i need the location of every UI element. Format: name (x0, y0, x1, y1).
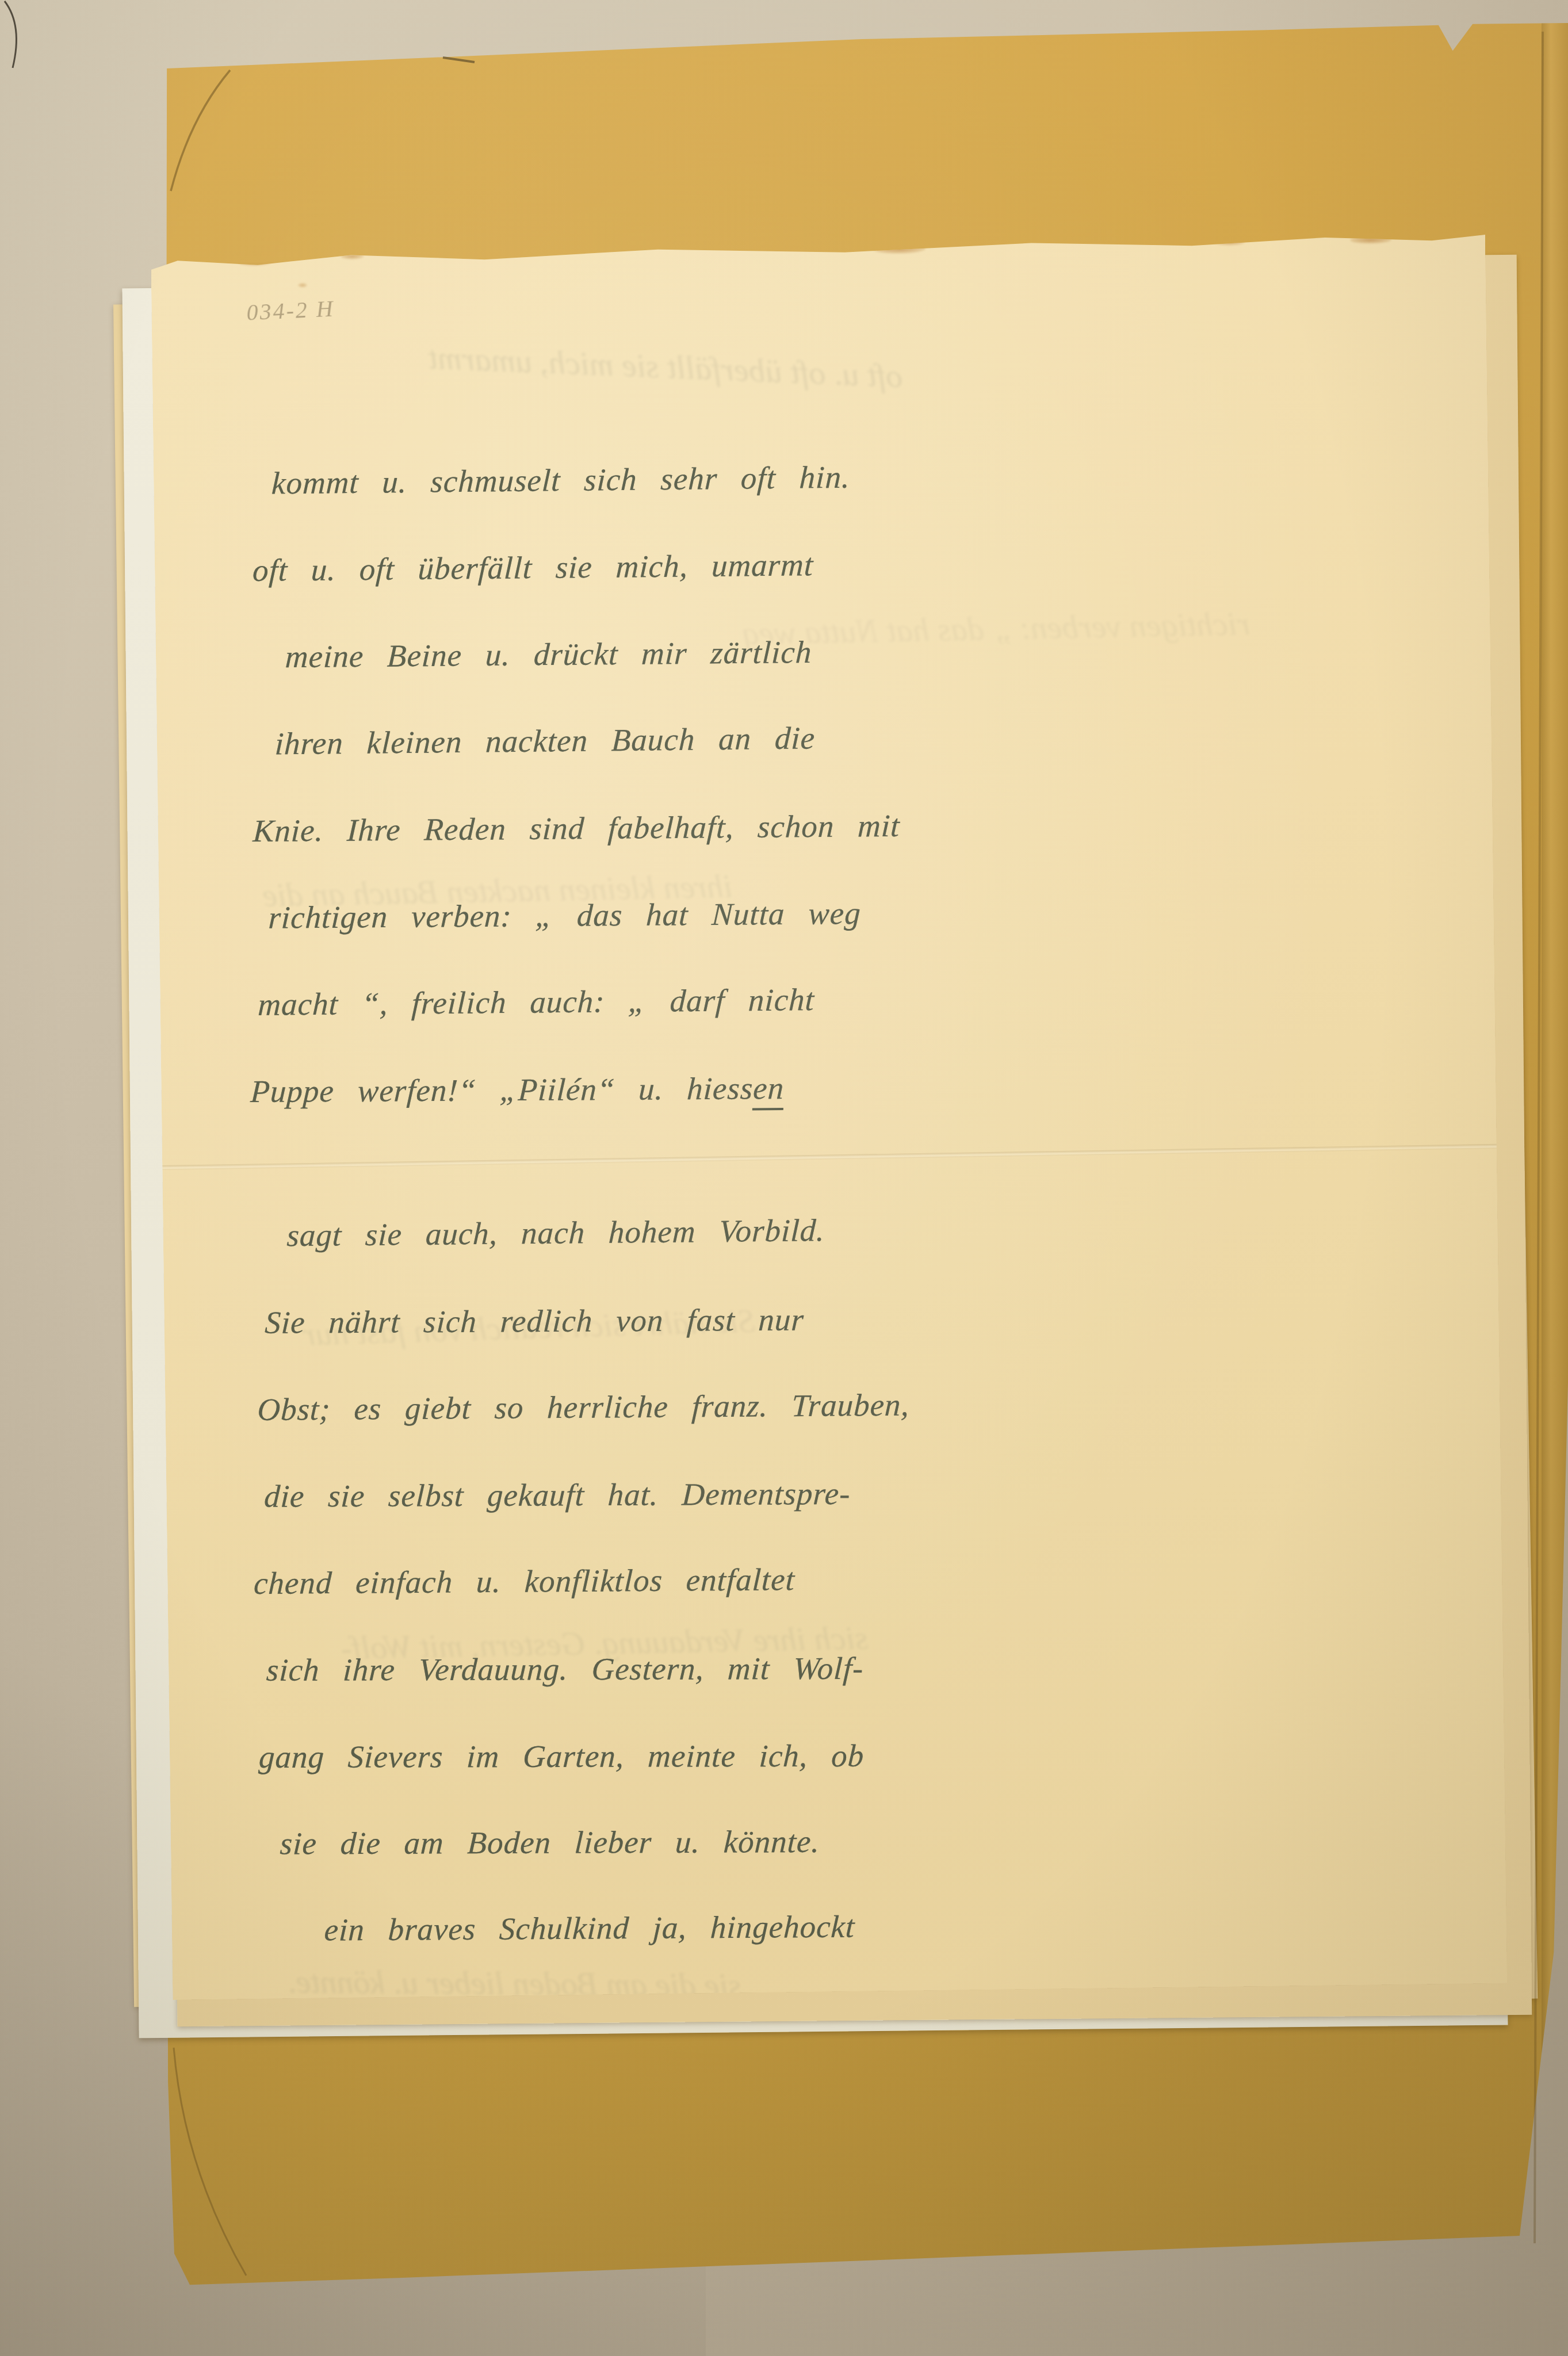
handwriting-line: chend einfach u. konfliktlos entfaltet (252, 1531, 1470, 1627)
handwriting-line: Knie. Ihre Reden sind fabelhaft, schon m… (251, 778, 1460, 874)
letter-page-stack: 034-2 H oft u. oft überfällt sie mich, u… (124, 227, 1527, 2056)
photo-of-handwritten-letter: 034-2 H oft u. oft überfällt sie mich, u… (0, 0, 1568, 2356)
rust-stain (1350, 236, 1391, 244)
handwriting-line: Obst; es giebt so herrliche franz. Traub… (255, 1357, 1467, 1453)
handwriting-line: macht “, freilich auch: „ darf nicht (256, 950, 1462, 1048)
handwriting-line: Puppe werfen!“ „Piilén“ u. hiessen (248, 1040, 1463, 1135)
archival-pencil-mark: 034-2 H (246, 294, 335, 326)
hair-strand (5, 1, 16, 68)
handwriting-line: ihren kleinen nackten Bauch an die (273, 687, 1459, 787)
handwriting-line: kommt u. schmuselt sich sehr oft hin. (270, 427, 1455, 526)
letter-sheet: 034-2 H oft u. oft überfällt sie mich, u… (151, 235, 1507, 2000)
handwriting-line: die sie selbst gekauft hat. Dementspre- (262, 1447, 1468, 1540)
handwriting-line: richtigen verben: „ das hat Nutta weg (266, 865, 1461, 961)
handwriting-line: Sie nährt sich redlich von fast nur (263, 1272, 1466, 1366)
ink-bleed-through: oft u. oft überfällt sie mich, umarmt (428, 338, 904, 396)
handwriting-line: sagt sie auch, nach hohem Vorbild. (285, 1180, 1464, 1279)
rust-stain (873, 244, 925, 254)
handwriting-line: ein braves Schulkind ja, hingehockt (322, 1879, 1474, 1973)
handwriting-line: sich ihre Verdauung. Gestern, mit Wolf- (264, 1623, 1470, 1714)
rust-stain (298, 283, 307, 288)
rust-stain (1215, 239, 1245, 246)
rust-stain (237, 258, 271, 266)
handwriting-line: gang Sievers im Garten, meinte ich, ob (257, 1711, 1472, 1800)
rust-stain (341, 254, 364, 260)
handwriting-line: meine Beine u. drückt mir zärtlich (284, 603, 1458, 701)
folder-right-fold-face (1542, 16, 1568, 2294)
handwritten-text-block: kommt u. schmuselt sich sehr oft hin. of… (251, 425, 1472, 1974)
handwriting-line: sie die am Boden lieber u. könnte. (278, 1796, 1473, 1887)
handwriting-line: oft u. oft überfällt sie mich, umarmt (251, 515, 1456, 614)
